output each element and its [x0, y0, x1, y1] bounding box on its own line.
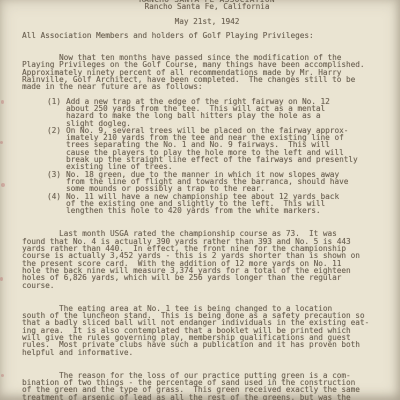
list-item-number: (2) — [47, 127, 66, 134]
scan-artifact — [1, 183, 5, 187]
list-item-text: No. 11 will have a new championship tee … — [66, 193, 392, 215]
scan-artifact — [0, 141, 3, 144]
list-item: (2) On No. 9, several trees will be plac… — [47, 127, 392, 171]
putting-green-paragraph: The reason for the loss of our practice … — [22, 372, 392, 400]
list-item-number: (1) — [47, 98, 66, 105]
list-item: (4) No. 11 will have a new championship … — [47, 193, 392, 215]
letter-content: RANCHO SANTA FE ASSOCIATION Rancho Santa… — [22, 0, 392, 400]
letter-page: RANCHO SANTA FE ASSOCIATION Rancho Santa… — [0, 0, 400, 400]
changes-list: (1) Add a new trap at the edge of the ri… — [47, 98, 392, 215]
scan-artifact — [1, 100, 4, 104]
list-item: (1) Add a new trap at the edge of the ri… — [47, 98, 392, 127]
usga-rating-paragraph: Last month USGA rated the championship c… — [22, 230, 392, 288]
eating-area-paragraph: The eating area at No. 1 tee is being ch… — [22, 305, 392, 356]
scan-artifact — [0, 277, 3, 281]
list-item-number: (3) — [47, 171, 66, 178]
scan-artifact — [1, 374, 4, 377]
list-item-text: Add a new trap at the edge of the right … — [66, 98, 392, 127]
list-item: (3) No. 18 green, due to the manner in w… — [47, 171, 392, 193]
header-date: May 21st, 1942 — [22, 18, 392, 25]
list-item-number: (4) — [47, 193, 66, 200]
list-item-text: On No. 9, several trees will be placed o… — [66, 127, 392, 171]
intro-paragraph: Now that ten months have passed since th… — [22, 54, 392, 90]
salutation-line: All Association Members and holders of G… — [22, 32, 392, 39]
header-place: Rancho Santa Fe, California — [22, 3, 392, 10]
list-item-text: No. 18 green, due to the manner in which… — [66, 171, 392, 193]
